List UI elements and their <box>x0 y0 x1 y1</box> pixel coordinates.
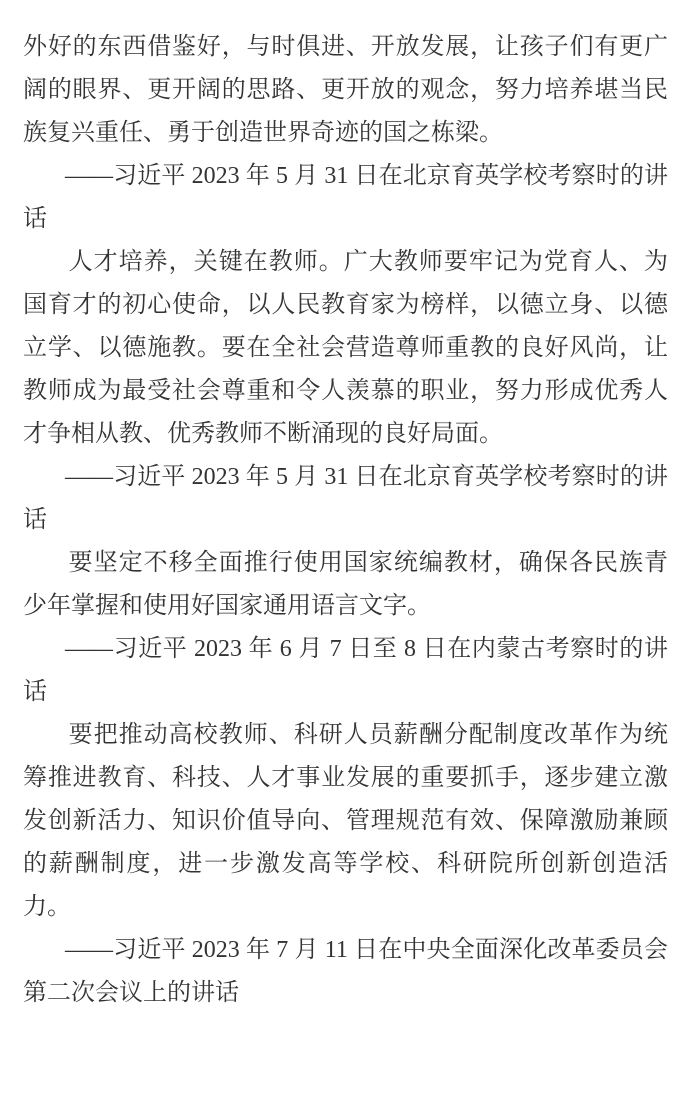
quote-paragraph: 要把推动高校教师、科研人员薪酬分配制度改革作为统筹推进教育、科技、人才事业发展的… <box>23 714 668 929</box>
attribution-line: ——习近平 2023 年 5 月 31 日在北京育英学校考察时的讲话 <box>23 456 668 542</box>
document-page: 外好的东西借鉴好，与时俱进、开放发展，让孩子们有更广阔的眼界、更开阔的思路、更开… <box>0 0 691 1096</box>
quote-paragraph: 要坚定不移全面推行使用国家统编教材，确保各民族青少年掌握和使用好国家通用语言文字… <box>23 542 668 628</box>
quote-paragraph: 外好的东西借鉴好，与时俱进、开放发展，让孩子们有更广阔的眼界、更开阔的思路、更开… <box>23 26 668 155</box>
attribution-line: ——习近平 2023 年 7 月 11 日在中央全面深化改革委员会第二次会议上的… <box>23 929 668 1015</box>
attribution-line: ——习近平 2023 年 5 月 31 日在北京育英学校考察时的讲话 <box>23 155 668 241</box>
attribution-line: ——习近平 2023 年 6 月 7 日至 8 日在内蒙古考察时的讲话 <box>23 628 668 714</box>
quote-paragraph: 人才培养，关键在教师。广大教师要牢记为党育人、为国育才的初心使命，以人民教育家为… <box>23 241 668 456</box>
document-body: 外好的东西借鉴好，与时俱进、开放发展，让孩子们有更广阔的眼界、更开阔的思路、更开… <box>23 26 668 1015</box>
